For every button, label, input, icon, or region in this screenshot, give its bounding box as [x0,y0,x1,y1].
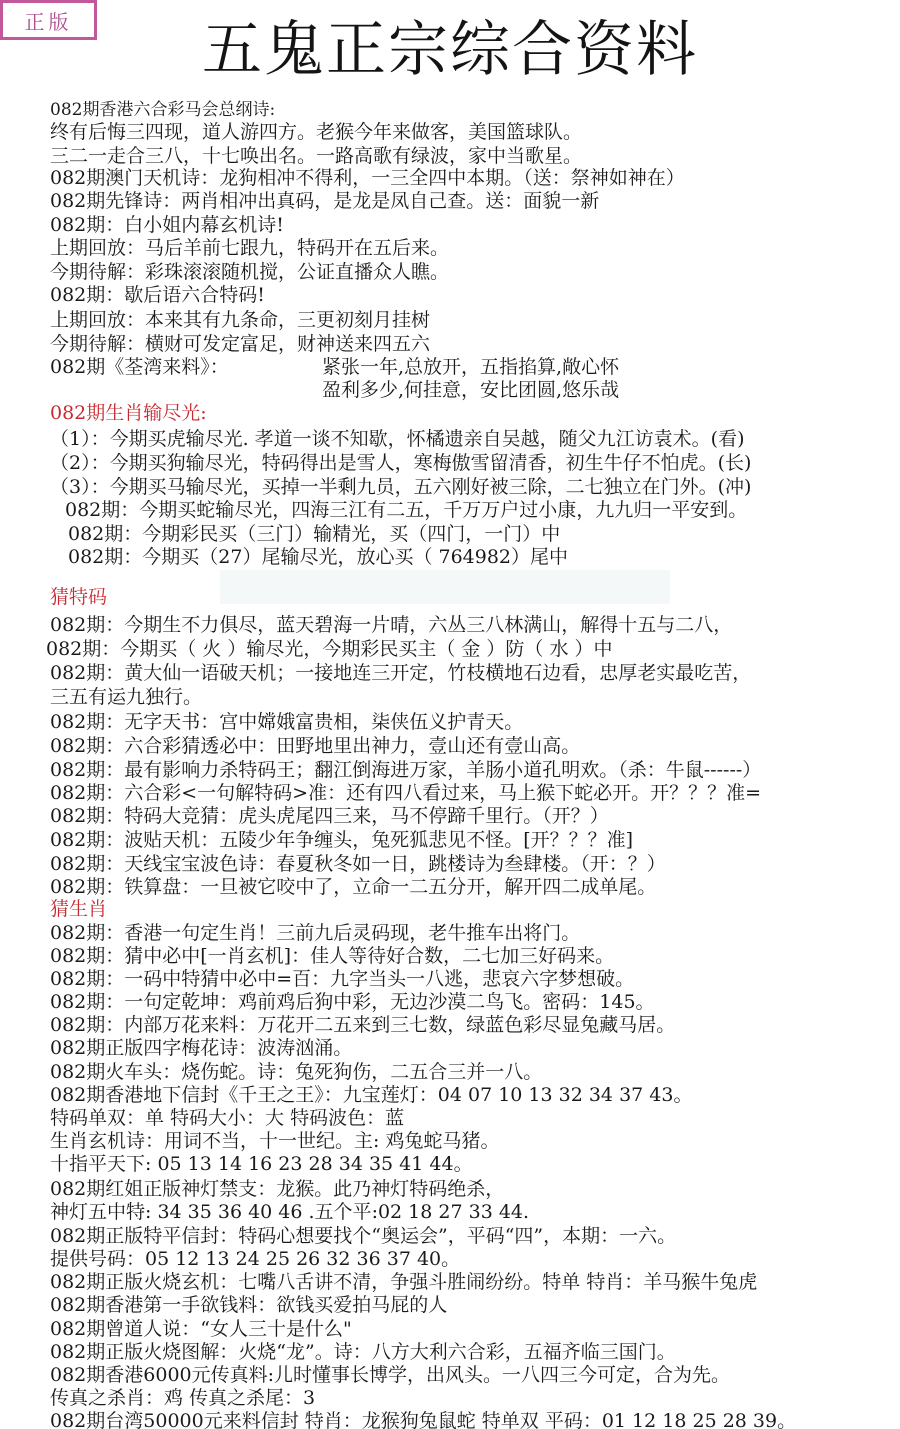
text-line: 082期：今期买（27）尾输尽光，放心买（ 764982）尾中 [68,546,568,568]
quanwan-label: 082期《荃湾来料》： [50,356,229,378]
text-line: 十指平天下: 05 13 14 16 23 28 34 35 41 44。 [50,1153,473,1175]
text-line: 082期台湾50000元来料信封 特肖：龙猴狗兔鼠蛇 特单双 平码：01 12 … [50,1410,796,1429]
text-line: 082期曾道人说：“女人三十是什么" [50,1318,352,1340]
quanwan-line-2: 盈利多少,何挂意，安比团圆,悠乐哉 [322,379,619,401]
text-line: 082期：黄大仙一语破天机；一接地连三开定，竹枝横地石边看，忠厚老实最吃苦， [50,662,751,684]
text-line: 082期澳门天机诗：龙狗相冲不得利，一三全四中本期。（送：祭神如神在） [50,167,685,189]
text-line: 082期：猜中必中[一肖玄机]：佳人等待好合数，二七加三好码来。 [50,945,614,967]
text-line: 082期香港六合彩马会总纲诗: [50,99,275,121]
text-line: 082期：无字天书：宫中嫦娥富贵相，柒侠伍义护青天。 [50,711,523,733]
text-line: 082期红姐正版神灯禁支：龙猴。此乃神灯特码绝杀， [50,1178,504,1200]
text-line: 上期回放：本来其有九条命，三更初刻月挂树 [50,309,430,331]
text-line: 特码单双：单 特码大小：大 特码波色：蓝 [50,1107,404,1129]
text-line: 082期：今期买（ 火 ）输尽光，今期彩民买主（ 金 ）防（ 水 ）中 [46,638,613,660]
text-line: 082期香港地下信封《千王之王》：九宝莲灯：04 07 10 13 32 34 … [50,1084,692,1106]
text-line: 082期：最有影响力杀特码王；翻江倒海进万家，羊肠小道孔明欢。（杀：牛鼠----… [50,759,761,781]
text-line: 082期：一码中特猜中必中=百：九字当头一八逃，悲哀六字梦想破。 [50,968,634,990]
quanwan-line-1: 紧张一年,总放开，五指掐算,敞心怀 [322,356,619,378]
text-line: 082期：今期生不力俱尽，蓝天碧海一片晴，六丛三八林满山，解得十五与二八， [50,614,732,636]
text-line: （2）：今期买狗输尽光，特码得出是雪人，寒梅傲雪留清香，初生牛仔不怕虎。(长) [50,452,751,474]
text-line: 082期火车头：烧伤蛇。诗：兔死狗伤，二五合三并一八。 [50,1061,542,1083]
text-line: 082期正版四字梅花诗：波涛汹涌。 [50,1037,352,1059]
text-line: 今期待解：横财可发定富足，财神送来四五六 [50,333,430,355]
text-line: 082期正版特平信封：特码心想要找个“奥运会”，平码“四”，本期：一六。 [50,1225,676,1247]
text-line: 082期香港第一手欲钱料：欲钱买爱拍马屁的人 [50,1294,447,1316]
text-line: 082期：香港一句定生肖！三前九后灵码现，老牛推车出将门。 [50,922,580,944]
text-line: 082期正版火烧玄机：七嘴八舌讲不清，争强斗胜闹纷纷。特单 特肖：羊马猴牛兔虎 [50,1271,757,1293]
text-line: 三二一走合三八，十七唤出名。一路高歌有绿波，家中当歌星。 [50,145,582,167]
blank-panel [220,570,670,604]
text-line: 082期：特码大竞猜：虎头虎尾四三来，马不停蹄千里行。（开？） [50,805,609,827]
text-line: （1）：今期买虎输尽光. 孝道一谈不知歇，怀橘遗亲自吴越，随父九江访袁术。(看) [50,428,745,450]
section-heading-guess-zodiac: 猜生肖 [50,898,107,920]
text-line: 082期正版火烧图解：火烧“龙”。诗：八方大利六合彩，五福齐临三国门。 [50,1341,676,1363]
text-line: 082期：白小姐内幕玄机诗! [50,214,284,236]
text-line: 082期：歇后语六合特码! [50,284,265,306]
text-line: 神灯五中特: 34 35 36 40 46 .五个平:02 18 27 33 4… [50,1201,529,1223]
text-line: 082期：今期买蛇输尽光，四海三江有二五，千万万户过小康，九九归一平安到。 [65,499,747,521]
text-line: 生肖玄机诗：用词不当，十一世纪。主: 鸡兔蛇马猪。 [50,1130,499,1152]
section-heading-zodiac-lose: 082期生肖输尽光: [50,402,207,424]
text-line: 终有后悔三四现，道人游四方。老猴今年来做客，美国篮球队。 [50,121,582,143]
page-title: 五鬼正宗综合资料 [0,14,900,86]
text-line: 提供号码：05 12 13 24 25 26 32 36 37 40。 [50,1248,460,1270]
text-line: 082期：今期彩民买（三门）输精光，买（四门，一门）中 [68,523,560,545]
text-line: 上期回放：马后羊前七跟九，特码开在五后来。 [50,237,449,259]
text-line: 082期：六合彩猜透必中：田野地里出神力，壹山还有壹山高。 [50,735,580,757]
text-line: 082期：波贴天机：五陵少年争缠头，兔死狐悲见不怪。[开？？？准] [50,829,633,851]
text-line: 082期：一句定乾坤：鸡前鸡后狗中彩，无边沙漠二鸟飞。密码：145。 [50,991,655,1013]
text-line: 082期：铁算盘：一旦被它咬中了，立命一二五分开，解开四二成单尾。 [50,876,656,898]
text-line: 082期先锋诗：两肖相冲出真码，是龙是凤自己查。送：面貌一新 [50,190,599,212]
text-line: 082期：天线宝宝波色诗：春夏秋冬如一日，跳楼诗为叁肆楼。（开：？） [50,853,666,875]
text-line: 三五有运九独行。 [50,686,202,708]
text-line: 082期香港6000元传真料:儿时懂事长博学，出风头。一八四三今可定，合为先。 [50,1364,730,1386]
text-line: 今期待解：彩珠滚滚随机搅，公证直播众人瞧。 [50,261,449,283]
text-line: 082期：内部万花来料：万花开二五来到三七数，绿蓝色彩尽显兔藏马居。 [50,1014,675,1036]
text-line: （3）：今期买马输尽光，买掉一半剩九员，五六刚好被三除，二七独立在门外。(冲) [50,476,751,498]
text-line: 082期：六合彩<一句解特码>准：还有四八看过来，马上猴下蛇必开。开？？？准= [50,782,761,804]
text-line: 传真之杀肖：鸡 传真之杀尾：3 [50,1387,315,1409]
section-heading-guess-special: 猜特码 [50,586,107,608]
